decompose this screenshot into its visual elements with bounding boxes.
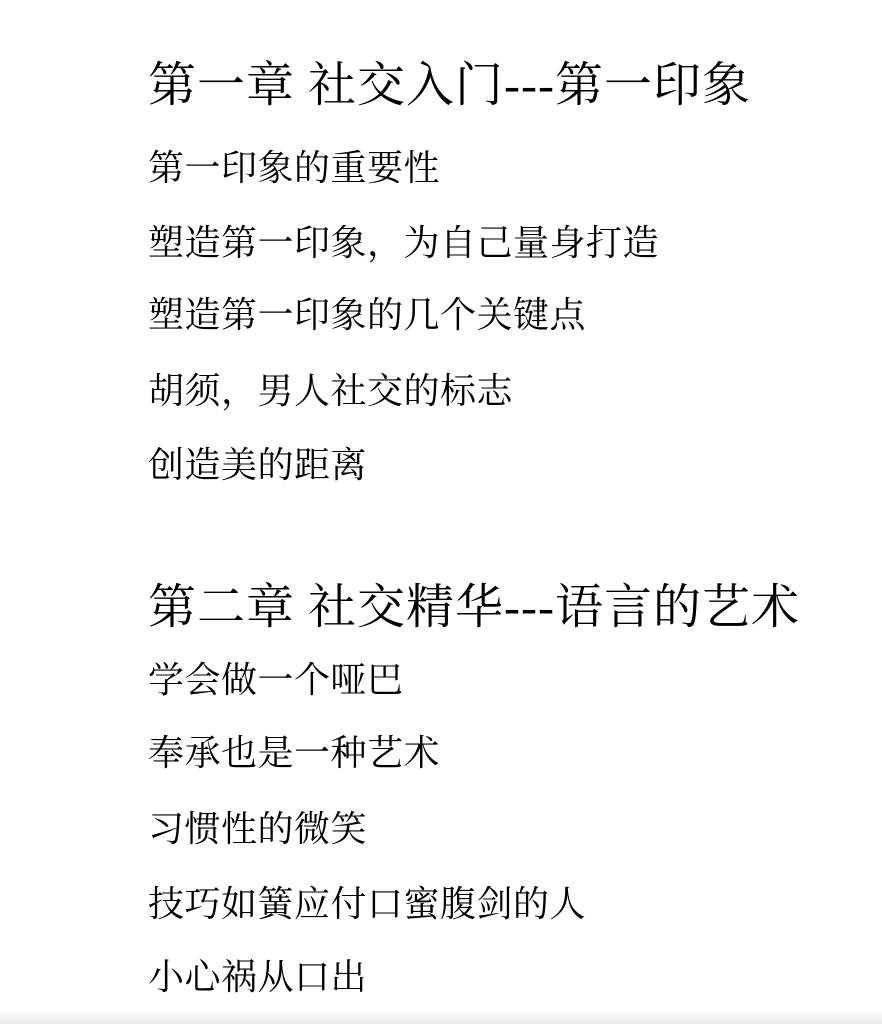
toc-entry-ch1-2: 塑造第一印象，为自己量身打造 xyxy=(148,225,659,261)
book-page: 第一章 社交入门---第一印象 第一印象的重要性 塑造第一印象，为自己量身打造 … xyxy=(0,0,882,1024)
toc-entry-ch2-1: 学会做一个哑巴 xyxy=(148,662,404,698)
toc-entry-ch1-4: 胡须，男人社交的标志 xyxy=(148,373,513,409)
toc-entry-ch2-4: 技巧如簧应付口蜜腹剑的人 xyxy=(148,886,586,922)
toc-entry-ch2-3: 习惯性的微笑 xyxy=(148,811,367,847)
chapter-1-title: 第一章 社交入门---第一印象 xyxy=(148,62,751,110)
toc-entry-ch1-3: 塑造第一印象的几个关键点 xyxy=(148,297,586,333)
toc-entry-ch2-2: 奉承也是一种艺术 xyxy=(148,735,440,771)
chapter-2-title: 第二章 社交精华---语言的艺术 xyxy=(148,584,800,632)
toc-entry-ch1-5: 创造美的距离 xyxy=(148,447,367,483)
page-bottom-edge-shadow xyxy=(0,1009,882,1024)
toc-entry-ch2-5: 小心祸从口出 xyxy=(148,959,367,995)
toc-entry-ch1-1: 第一印象的重要性 xyxy=(148,150,440,186)
